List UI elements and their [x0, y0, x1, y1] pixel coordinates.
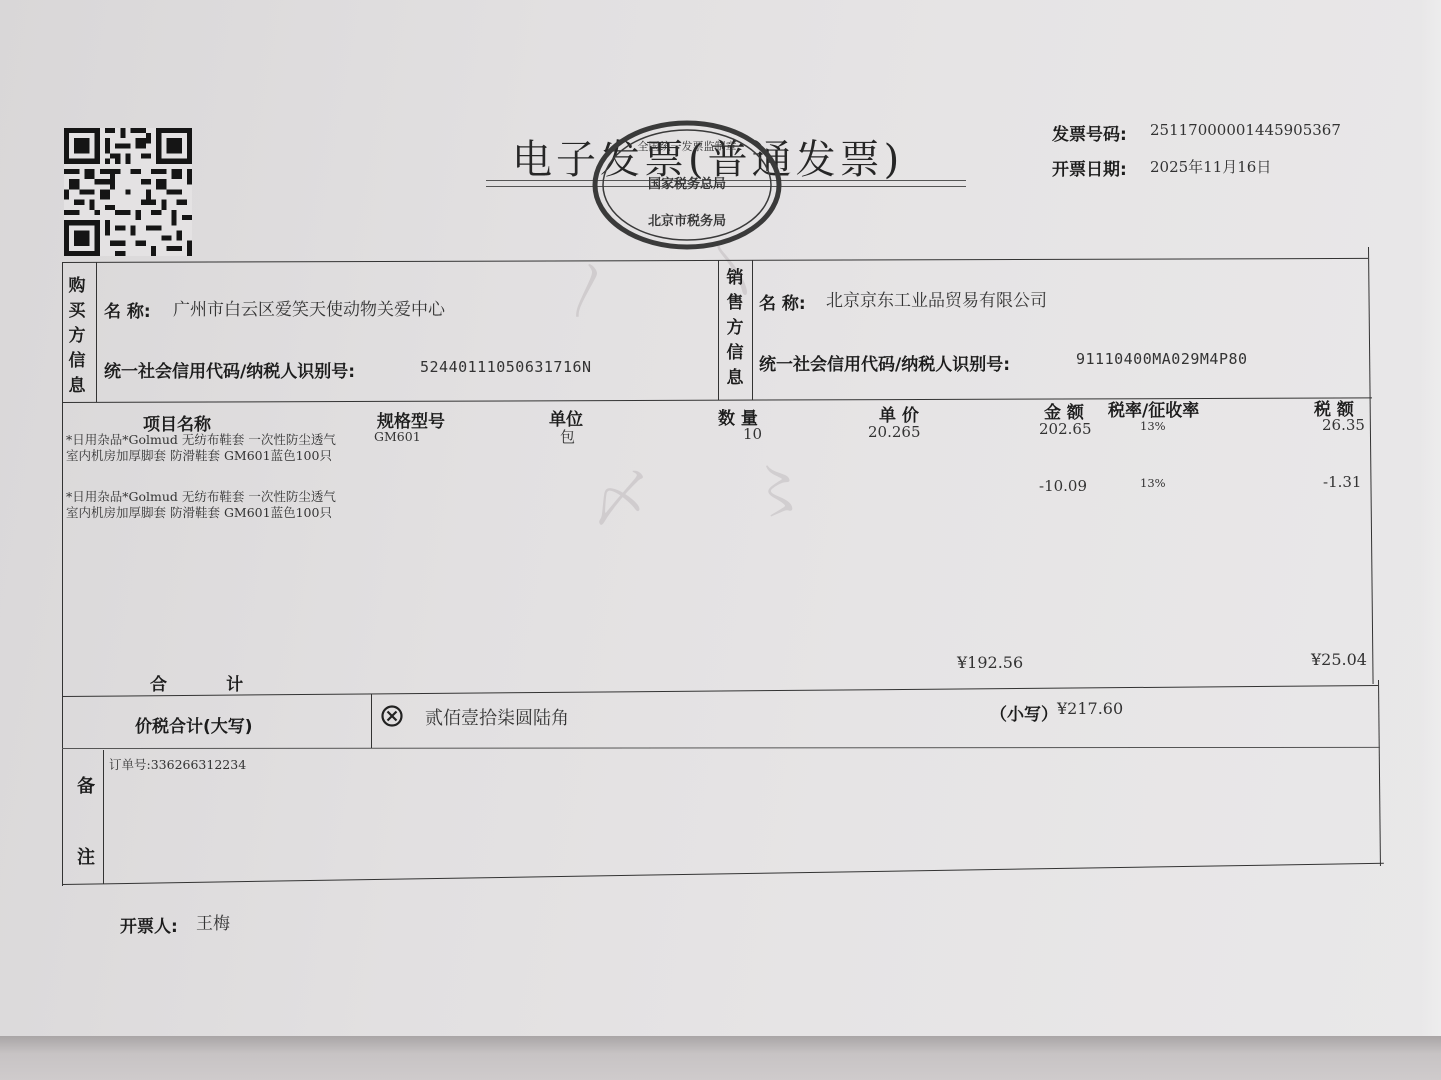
bleed-through-marks: 〆 〻: [588, 442, 810, 539]
remarks-label-top: 备: [77, 772, 95, 798]
svg-text:北京市税务局: 北京市税务局: [648, 213, 726, 229]
tax-bureau-seal: 全国统一发票监制章 国家税务总局 北京市税务局: [592, 120, 782, 250]
invoice-date: 2025年11月16日: [1150, 156, 1271, 177]
row-tax: 26.35: [1322, 416, 1365, 434]
col-header-tax-rate: 税率/征收率: [1108, 396, 1199, 421]
background-surface: [0, 1036, 1441, 1080]
remarks-text: 订单号:336266312234: [109, 755, 246, 773]
row-quantity: 10: [743, 425, 762, 443]
grand-total-label-divider: [371, 694, 372, 748]
row-unit-price: 20.265: [868, 423, 921, 441]
row-amount: -10.09: [1039, 477, 1087, 495]
row-unit: 包: [560, 426, 575, 447]
row-item-name-line2: 室内机房加厚脚套 防滑鞋套 GM601蓝色100只: [66, 503, 332, 521]
total-label: 合 计: [150, 670, 243, 695]
issuer-label: 开票人:: [120, 912, 178, 937]
row-item-name-line2: 室内机房加厚脚套 防滑鞋套 GM601蓝色100只: [66, 446, 332, 464]
seller-tax-id: 91110400MA029M4P80: [1076, 350, 1248, 368]
total-tax: ¥25.04: [1311, 650, 1367, 669]
total-amount: ¥192.56: [957, 653, 1023, 672]
table-border-left: [62, 262, 63, 886]
grand-total-lowercase-label: （小写）: [990, 700, 1058, 725]
remarks-label-bottom: 注: [77, 843, 95, 869]
issuer-name: 王梅: [196, 909, 230, 934]
row-tax: -1.31: [1323, 473, 1361, 491]
buyer-tax-id: 52440111050631716N: [420, 358, 592, 376]
row-tax-rate: 13%: [1140, 419, 1166, 433]
seller-label-divider: [752, 260, 753, 400]
invoice-number-label: 发票号码:: [1052, 120, 1127, 145]
buyer-name-label: 名 称:: [104, 297, 151, 322]
grand-total-uppercase: 贰佰壹拾柒圆陆角: [425, 704, 569, 730]
invoice-date-label: 开票日期:: [1052, 155, 1127, 180]
grand-total-label: 价税合计(大写): [135, 712, 253, 737]
buyer-section-label: 购 买 方 信 息: [67, 274, 87, 399]
seller-tax-id-label: 统一社会信用代码/纳税人识别号:: [759, 350, 1010, 375]
circled-x-icon: [381, 705, 403, 727]
invoice-number: 25117000001445905367: [1150, 121, 1341, 139]
seller-name-label: 名 称:: [759, 289, 806, 314]
seller-name: 北京京东工业品贸易有限公司: [826, 286, 1047, 311]
svg-text:国家税务总局: 国家税务总局: [648, 176, 726, 192]
row-amount: 202.65: [1039, 420, 1092, 438]
buyer-tax-id-label: 统一社会信用代码/纳税人识别号:: [104, 357, 355, 382]
paper-edge: [1420, 0, 1441, 1036]
qr-code: [64, 128, 192, 256]
svg-text:全国统一发票监制章: 全国统一发票监制章: [638, 139, 737, 153]
seller-left-divider: [718, 260, 719, 400]
row-spec: GM601: [374, 429, 421, 444]
buyer-label-divider: [96, 262, 97, 402]
seller-section-label: 销 售 方 信 息: [725, 266, 745, 391]
buyer-name: 广州市白云区爱笑天使动物关爱中心: [173, 295, 445, 320]
remarks-label-divider: [103, 750, 104, 884]
row-tax-rate: 13%: [1140, 476, 1166, 490]
grand-total-lowercase: ¥217.60: [1057, 699, 1123, 718]
